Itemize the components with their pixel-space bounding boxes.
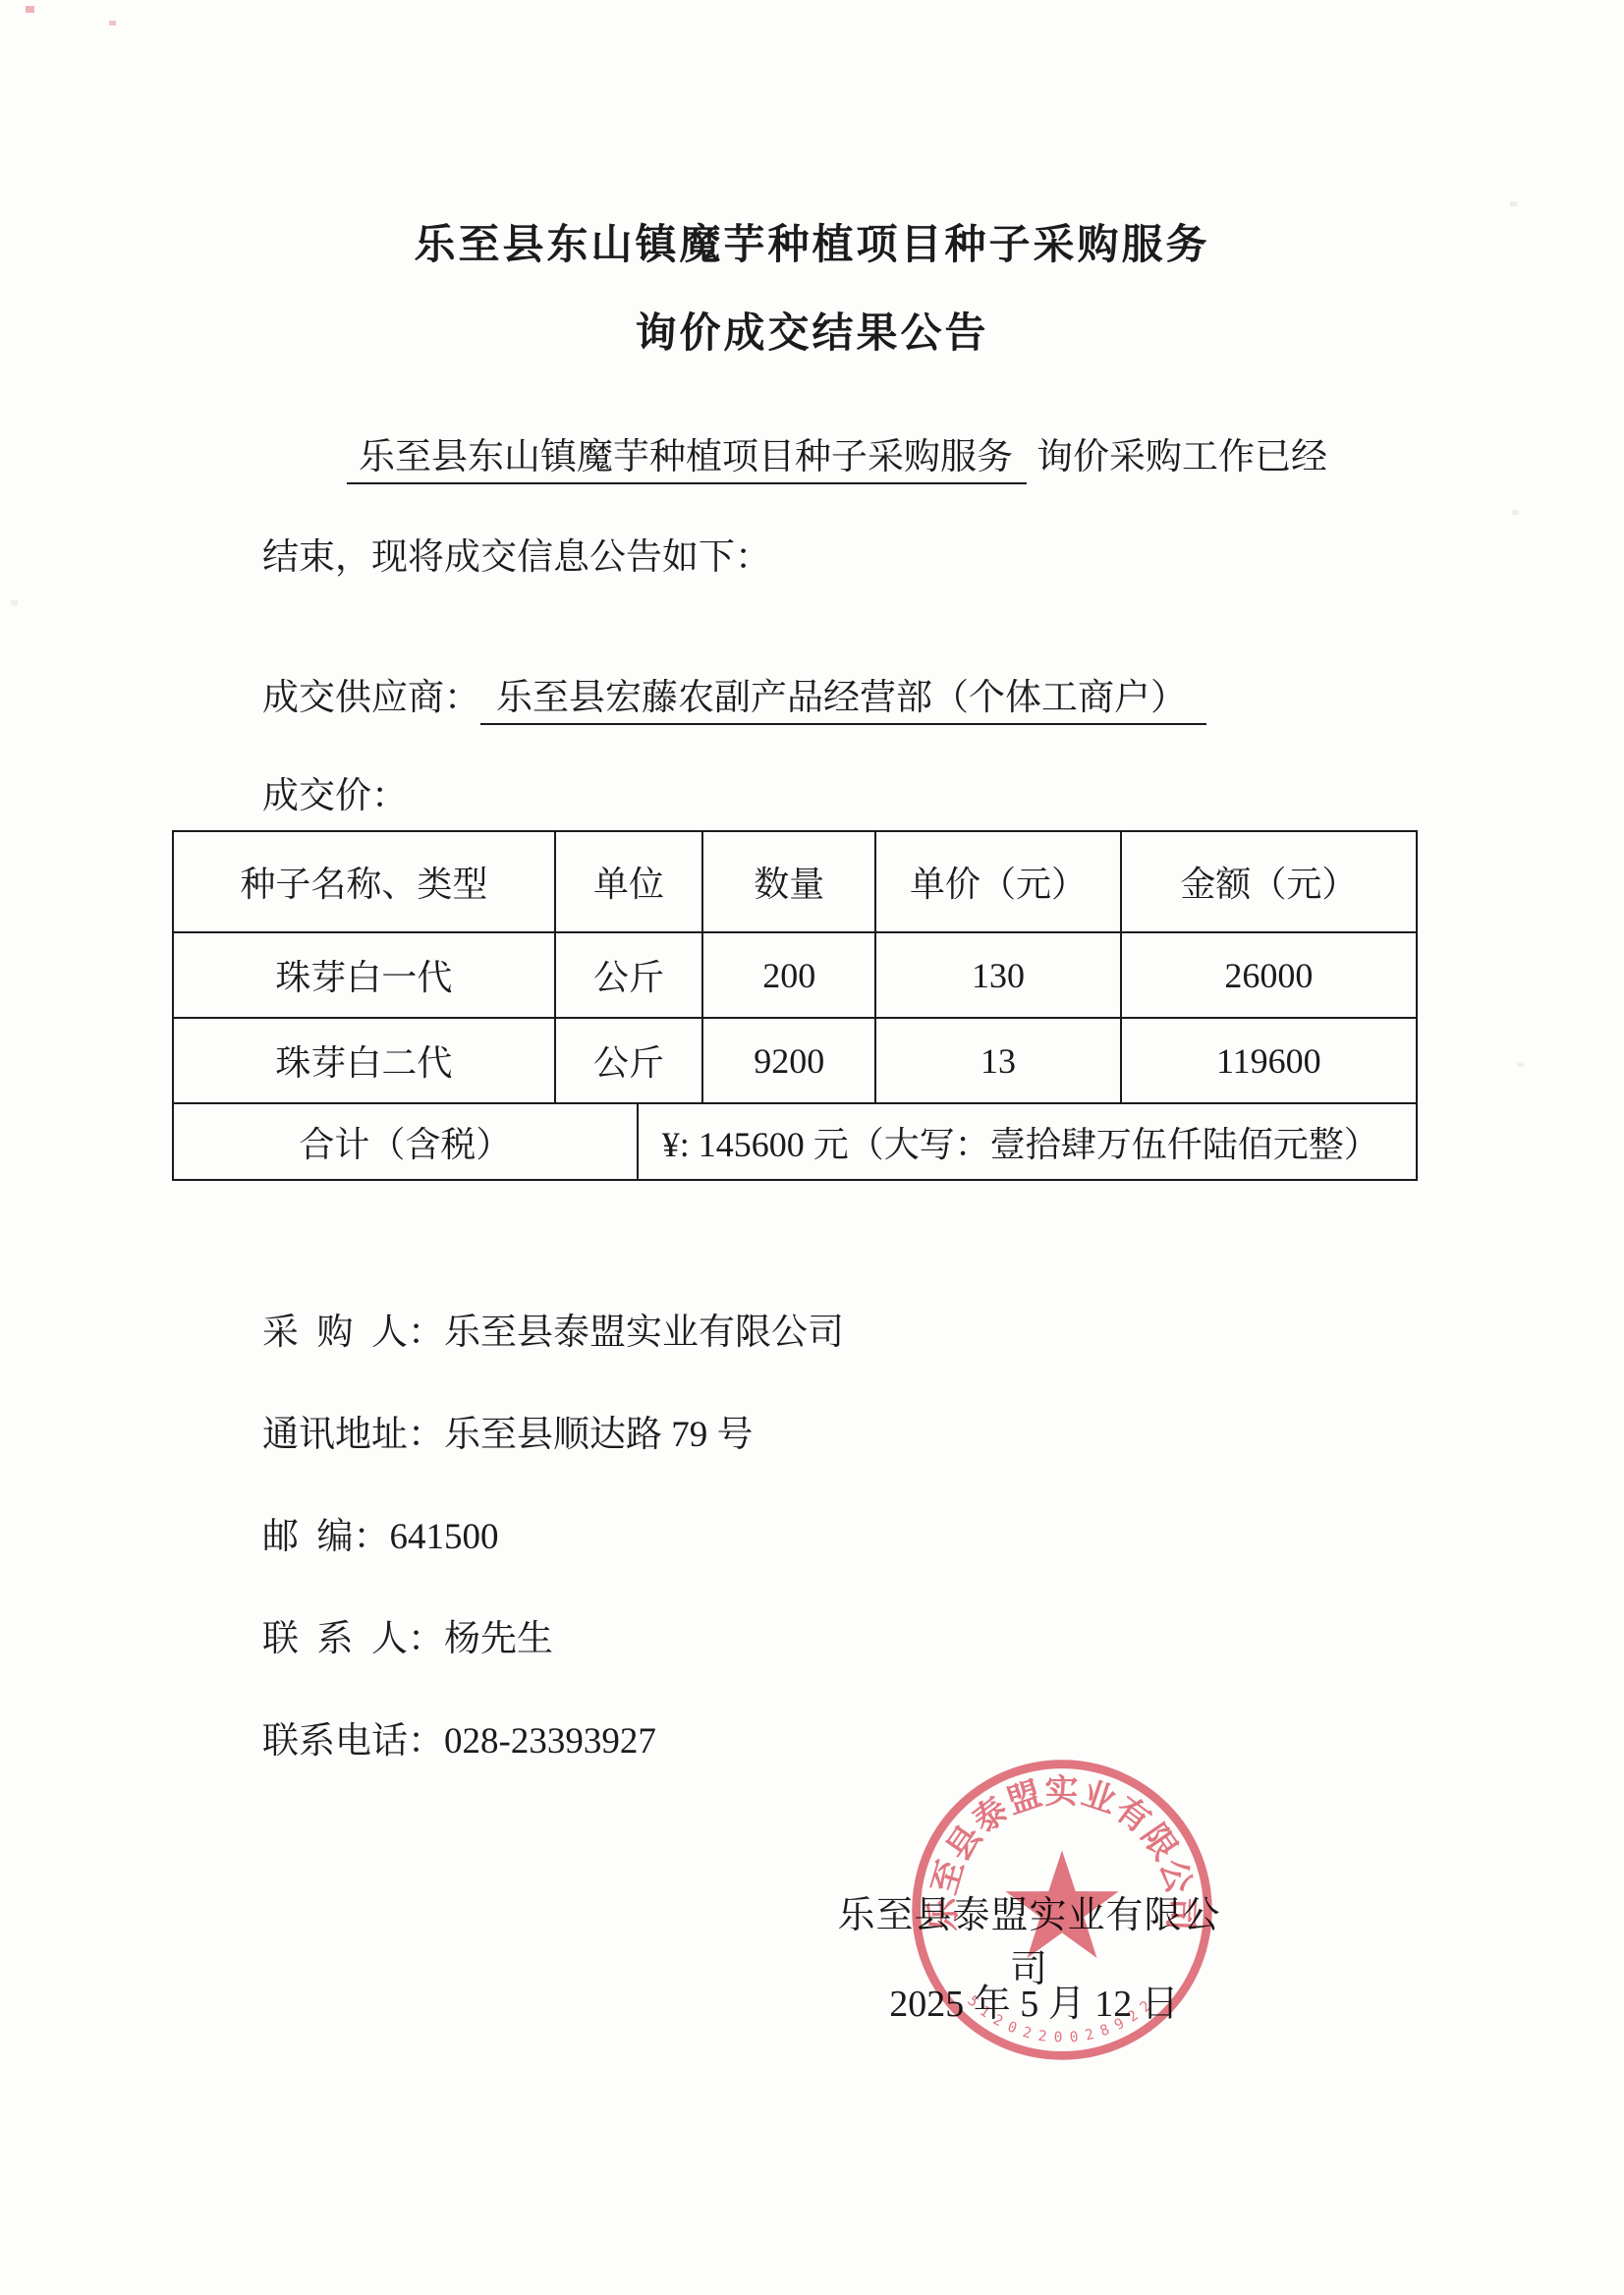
header-unit-price: 单价（元） — [875, 831, 1120, 932]
cell-quantity: 200 — [702, 932, 875, 1018]
postcode-value: 641500 — [390, 1517, 499, 1557]
header-seed-name: 种子名称、类型 — [173, 831, 555, 932]
intro-paragraph-line1: 乐至县东山镇魔芋种植项目种子采购服务询价采购工作已经 — [262, 435, 1402, 480]
cell-unit-price: 130 — [875, 932, 1120, 1018]
cell-amount: 119600 — [1121, 1018, 1417, 1103]
intro-after-project: 询价采购工作已经 — [1036, 437, 1327, 477]
postcode-label: 邮 编： — [262, 1517, 390, 1557]
cell-quantity: 9200 — [702, 1018, 875, 1103]
supplier-label: 成交供应商： — [262, 678, 480, 718]
contact-block: 采 购 人：乐至县泰盟实业有限公司 通讯地址：乐至县顺达路 79 号 邮 编：6… — [262, 1315, 1441, 1825]
postcode-line: 邮 编：641500 — [262, 1519, 1441, 1555]
price-table-grid: 种子名称、类型 单位 数量 单价（元） 金额（元） 珠芽白一代 公斤 200 1… — [172, 830, 1418, 1104]
contact-person-value: 杨先生 — [444, 1619, 553, 1659]
address-value: 乐至县顺达路 79 号 — [444, 1415, 754, 1455]
price-section-label: 成交价： — [262, 774, 408, 819]
scan-artifacts — [0, 0, 5, 3]
star-icon — [1005, 1851, 1118, 1958]
document-title-line1: 乐至县东山镇魔芋种植项目种子采购服务 — [0, 212, 1624, 271]
cell-seed-name: 珠芽白二代 — [173, 1018, 555, 1103]
contact-person-label: 联 系 人： — [262, 1619, 444, 1659]
supplier-line: 成交供应商：乐至县宏藤农副产品经营部（个体工商户） — [262, 676, 1481, 721]
cell-seed-name: 珠芽白一代 — [173, 932, 555, 1018]
buyer-line: 采 购 人：乐至县泰盟实业有限公司 — [262, 1315, 1441, 1351]
header-quantity: 数量 — [702, 831, 875, 932]
cell-unit: 公斤 — [555, 1018, 703, 1103]
project-name-underlined: 乐至县东山镇魔芋种植项目种子采购服务 — [347, 437, 1027, 484]
total-label: 合计（含税） — [174, 1104, 639, 1179]
cell-amount: 26000 — [1121, 932, 1417, 1018]
phone-label: 联系电话： — [262, 1721, 444, 1762]
table-total-row: 合计（含税） ¥: 145600 元（大写：壹拾肆万伍仟陆佰元整） — [172, 1104, 1418, 1181]
phone-line: 联系电话：028-23393927 — [262, 1723, 1441, 1760]
intro-paragraph-line2: 结束，现将成交信息公告如下： — [262, 535, 1402, 581]
buyer-value: 乐至县泰盟实业有限公司 — [444, 1313, 844, 1353]
price-table: 种子名称、类型 单位 数量 单价（元） 金额（元） 珠芽白一代 公斤 200 1… — [172, 830, 1418, 1181]
contact-person-line: 联 系 人：杨先生 — [262, 1621, 1441, 1657]
cell-unit-price: 13 — [875, 1018, 1120, 1103]
header-unit: 单位 — [555, 831, 703, 932]
header-amount: 金额（元） — [1121, 831, 1417, 932]
table-header-row: 种子名称、类型 单位 数量 单价（元） 金额（元） — [173, 831, 1417, 932]
table-row: 珠芽白二代 公斤 9200 13 119600 — [173, 1018, 1417, 1103]
total-value: ¥: 145600 元（大写：壹拾肆万伍仟陆佰元整） — [639, 1104, 1416, 1179]
supplier-name-underlined: 乐至县宏藤农副产品经营部（个体工商户） — [480, 678, 1206, 725]
company-seal-stamp: 乐至县泰盟实业有限公司 5120220028922 — [904, 1752, 1220, 2068]
cell-unit: 公斤 — [555, 932, 703, 1018]
document-title-line2: 询价成交结果公告 — [0, 301, 1624, 360]
address-line: 通讯地址：乐至县顺达路 79 号 — [262, 1417, 1441, 1453]
document-page: 乐至县东山镇魔芋种植项目种子采购服务 询价成交结果公告 乐至县东山镇魔芋种植项目… — [0, 0, 1624, 2295]
phone-value: 028-23393927 — [444, 1721, 656, 1762]
address-label: 通讯地址： — [262, 1415, 444, 1455]
table-row: 珠芽白一代 公斤 200 130 26000 — [173, 932, 1417, 1018]
buyer-label: 采 购 人： — [262, 1313, 444, 1353]
